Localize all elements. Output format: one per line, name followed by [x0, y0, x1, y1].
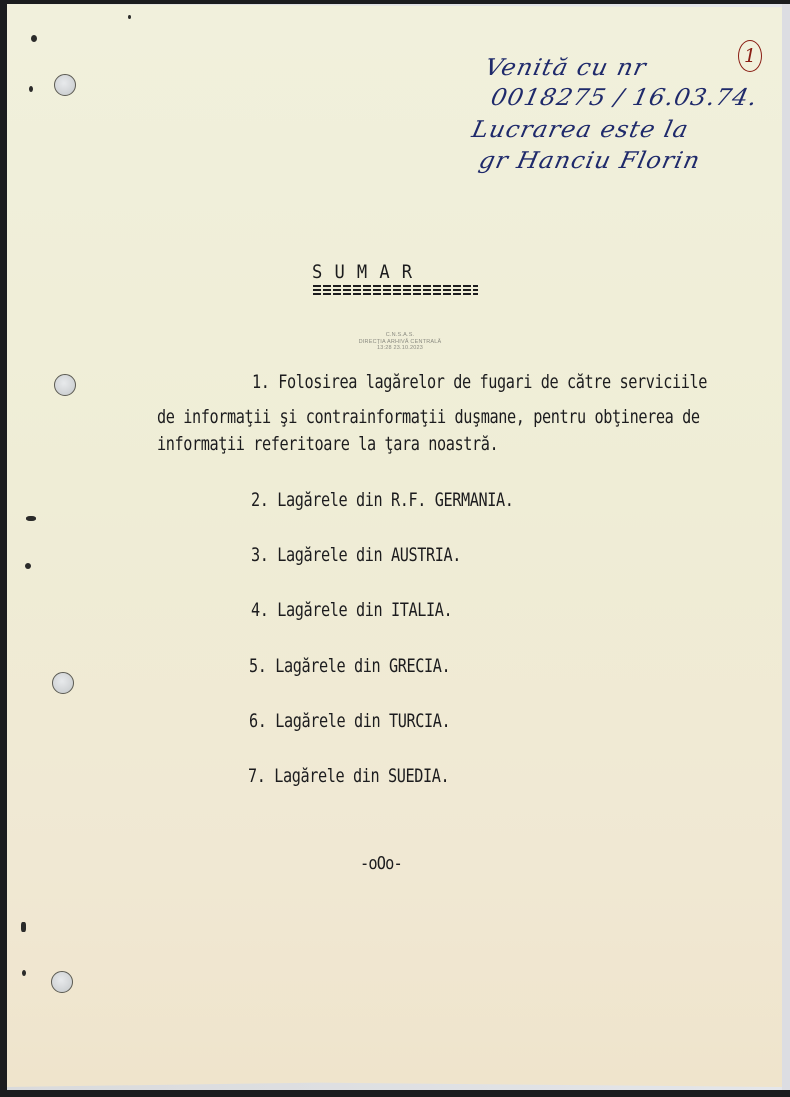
page-number: 1	[738, 40, 762, 72]
summary-item-2: 2. Lagărele din R.F. GERMANIA.	[251, 489, 514, 511]
handwritten-line: gr Hanciu Florin	[476, 148, 702, 174]
staple-mark-icon	[29, 86, 33, 92]
summary-item-3: 3. Lagărele din AUSTRIA.	[251, 544, 461, 566]
summary-item-line: 1. Folosirea lagărelor de fugari de cătr…	[252, 371, 707, 393]
summary-item-line: de informaţii şi contrainformaţii duşman…	[157, 406, 700, 428]
handwritten-line: Lucrarea este la	[469, 117, 691, 143]
closing-mark: -oOo-	[360, 853, 402, 874]
punch-hole-icon	[52, 672, 74, 694]
summary-item-6: 6. Lagărele din TURCIA.	[249, 710, 450, 732]
staple-mark-icon	[25, 563, 31, 569]
scan-right-margin	[782, 4, 790, 1090]
staple-mark-icon	[21, 922, 26, 932]
document-title: SUMAR	[312, 261, 424, 283]
handwritten-line: Venită cu nr	[482, 55, 649, 81]
summary-item-4: 4. Lagărele din ITALIA.	[251, 599, 452, 621]
punch-hole-icon	[54, 374, 76, 396]
handwritten-line: 0018275 / 16.03.74.	[488, 85, 760, 111]
staple-mark-icon	[31, 35, 37, 42]
summary-item-line: informaţii referitoare la ţara noastră.	[157, 433, 498, 455]
scan-bottom-edge	[0, 1090, 790, 1097]
punch-hole-icon	[51, 971, 73, 993]
speck-icon	[128, 15, 131, 19]
title-double-underline	[313, 285, 478, 296]
staple-mark-icon	[26, 516, 36, 521]
summary-item-5: 5. Lagărele din GRECIA.	[249, 655, 450, 677]
summary-item-7: 7. Lagărele din SUEDIA.	[248, 765, 449, 787]
stamp-line: 13:28 23.10.2023	[340, 345, 460, 352]
staple-mark-icon	[22, 970, 26, 976]
punch-hole-icon	[54, 74, 76, 96]
archive-stamp: C.N.S.A.S. DIRECȚIA ARHIVĂ CENTRALĂ 13:2…	[340, 332, 460, 352]
scan-left-edge	[0, 0, 7, 1097]
scan-top-edge	[0, 0, 790, 4]
